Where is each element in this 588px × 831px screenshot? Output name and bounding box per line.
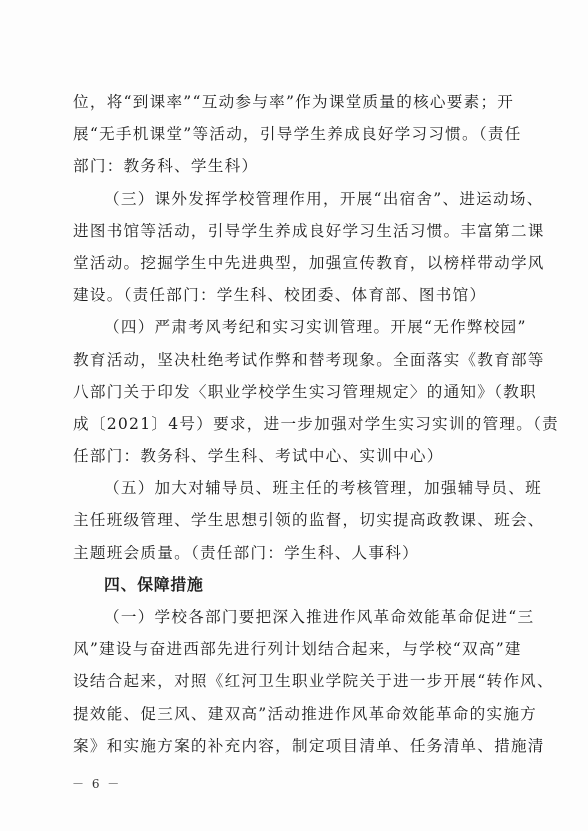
body-line: 主任班级管理、学生思想引领的监督，切实提高政教课、班会、 <box>73 504 515 536</box>
body-line: 风”建设与奋进西部先进行列计划结合起来，与学校“双高”建 <box>73 633 515 665</box>
body-line: 成〔2021〕4号）要求，进一步加强对学生实习实训的管理。（责 <box>73 408 515 440</box>
body-line: 主题班会质量。（责任部门：学生科、人事科） <box>73 537 515 569</box>
body-line: 建设。（责任部门：学生科、校团委、体育部、图书馆） <box>73 279 515 311</box>
page-number: － 6 － <box>72 775 121 792</box>
document-page: 位，将“到课率”“互动参与率”作为课堂质量的核心要素；开 展“无手机课堂”等活动… <box>73 86 515 762</box>
body-line: 部门：教务科、学生科） <box>73 150 515 182</box>
body-line: 教育活动，坚决杜绝考试作弊和替考现象。全面落实《教育部等 <box>73 344 515 376</box>
body-line: 设结合起来，对照《红河卫生职业学院关于进一步开展“转作风、 <box>73 665 515 697</box>
body-line: 展“无手机课堂”等活动，引导学生养成良好学习习惯。（责任 <box>73 118 515 150</box>
body-line: 提效能、促三风、建双高”活动推进作风革命效能革命的实施方 <box>73 698 515 730</box>
body-line: 进图书馆等活动，引导学生养成良好学习生活习惯。丰富第二课 <box>73 215 515 247</box>
body-line: 位，将“到课率”“互动参与率”作为课堂质量的核心要素；开 <box>73 86 515 118</box>
body-line: 案》和实施方案的补充内容，制定项目清单、任务清单、措施清 <box>73 730 515 762</box>
body-line: 堂活动。挖掘学生中先进典型，加强宣传教育，以榜样带动学风 <box>73 247 515 279</box>
body-line: 任部门：教务科、学生科、考试中心、实训中心） <box>73 440 515 472</box>
paragraph-start-3: （三）课外发挥学校管理作用，开展“出宿舍”、进运动场、 <box>73 183 515 215</box>
section-heading: 四、保障措施 <box>73 569 515 601</box>
body-line: 八部门关于印发〈职业学校学生实习管理规定〉的通知》（教职 <box>73 376 515 408</box>
paragraph-start-5: （五）加大对辅导员、班主任的考核管理，加强辅导员、班 <box>73 472 515 504</box>
paragraph-start-1: （一）学校各部门要把深入推进作风革命效能革命促进“三 <box>73 601 515 633</box>
paragraph-start-4: （四）严肃考风考纪和实习实训管理。开展“无作弊校园” <box>73 311 515 343</box>
